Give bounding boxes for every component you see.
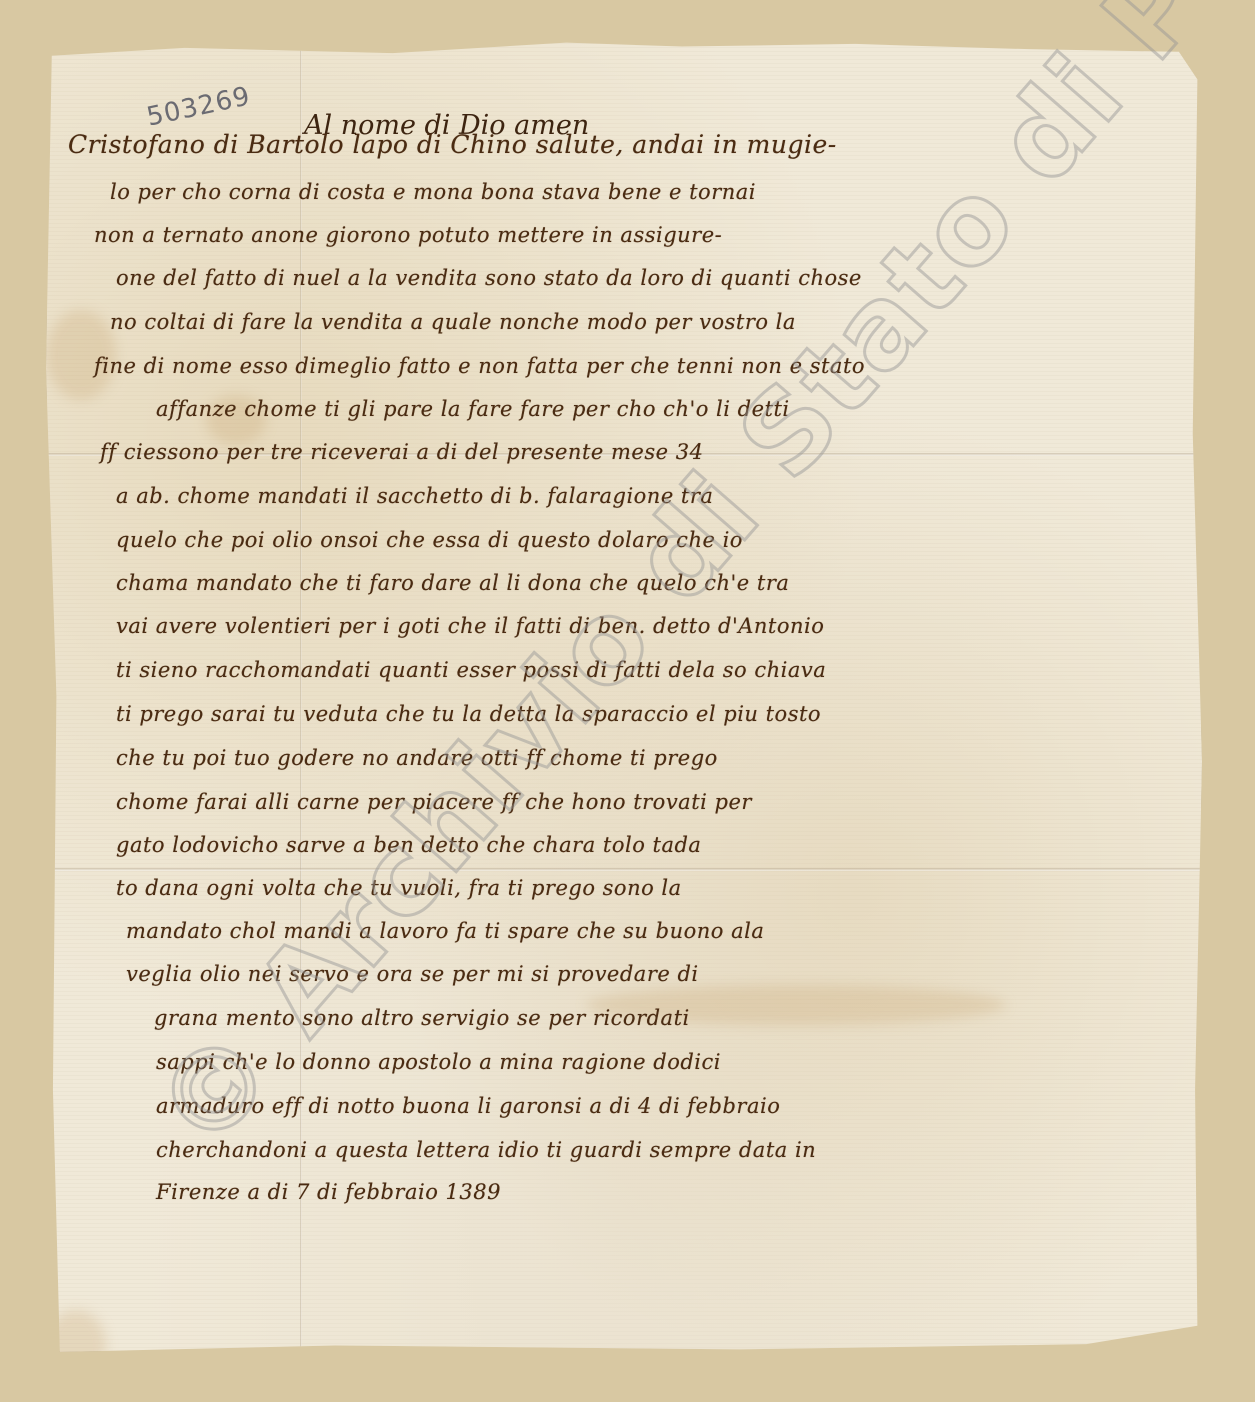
letter-line: Cristofano di Bartolo lapo di Chino salu…: [68, 130, 837, 159]
letter-line-date: Firenze a di 7 di febbraio 1389: [156, 1180, 501, 1204]
letter-line: no coltai di fare la vendita a quale non…: [110, 310, 796, 334]
letter-line: lo per cho corna di costa e mona bona st…: [110, 180, 756, 204]
letter-line: vai avere volentieri per i goti che il f…: [116, 614, 824, 638]
water-stain: [46, 1310, 106, 1380]
letter-line: veglia olio nei servo e ora se per mi si…: [126, 962, 699, 986]
letter-line: a ab. chome mandati il sacchetto di b. f…: [116, 484, 713, 508]
letter-line: ti sieno racchomandati quanti esser poss…: [116, 658, 826, 682]
letter-line: fine di nome esso dimeglio fatto e non f…: [94, 354, 865, 378]
letter-line: one del fatto di nuel a la vendita sono …: [116, 266, 862, 290]
archive-number: 503269: [144, 81, 253, 132]
letter-line: non a ternato anone giorono potuto mette…: [94, 223, 722, 247]
letter-line: ff ciessono per tre riceverai a di del p…: [100, 440, 703, 464]
letter-line: affanze chome ti gli pare la fare fare p…: [156, 397, 790, 421]
horizontal-fold-crease-lower: [46, 868, 1202, 871]
